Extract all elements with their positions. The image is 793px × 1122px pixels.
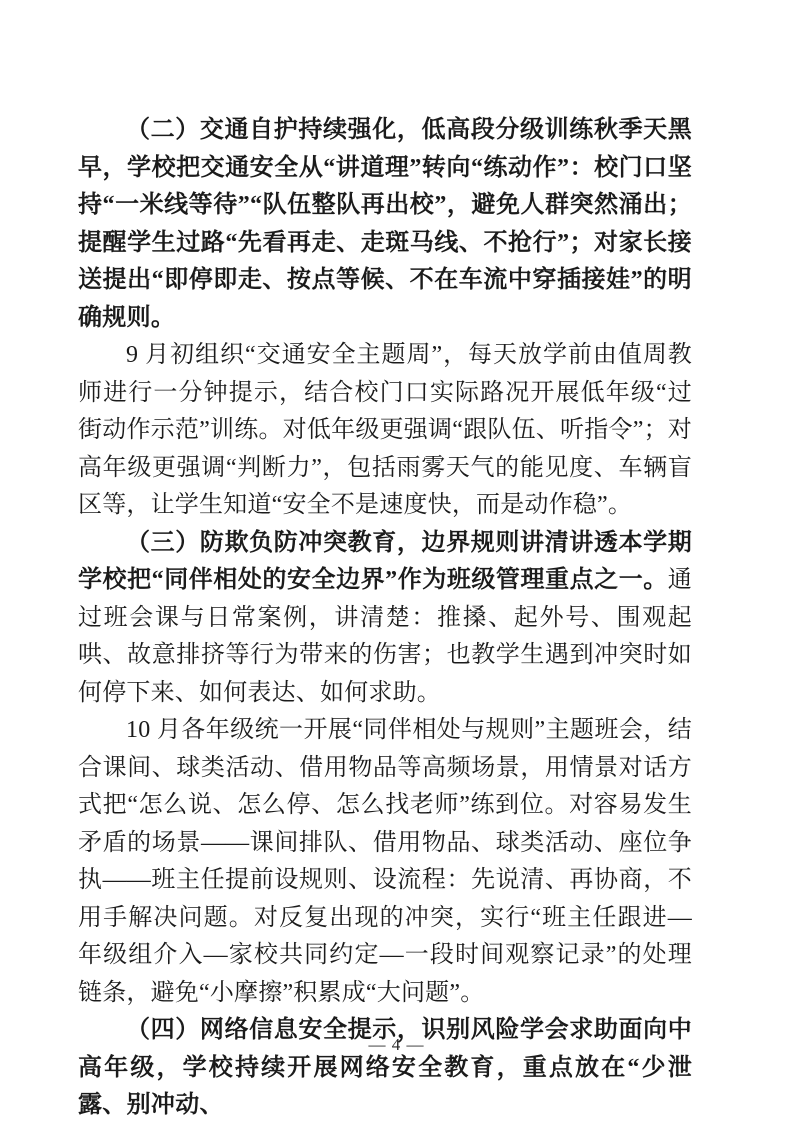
text-segment-kaiti: （三）防欺负防冲突教育，边界规则讲清讲透本学期学校把“同伴相处的安全边界”作为班… [78,530,692,594]
paragraph-september-theme-week: 9 月初组织“交通安全主题周”，每天放学前由值周教师进行一分钟提示，结合校门口实… [78,337,692,525]
text-segment-fangsong: 10 月各年级统一开展“同伴相处与规则”主题班会，结合课间、球类活动、借用物品等… [78,717,692,1006]
text-segment-kaiti: （二）交通自护持续强化，低高段分级训练秋季天黑早，学校把交通安全从“讲道理”转向… [78,117,692,331]
document-page: （二）交通自护持续强化，低高段分级训练秋季天黑早，学校把交通安全从“讲道理”转向… [0,0,793,1122]
text-segment-kaiti: （四）网络信息安全提示，识别风险学会求助面向中高年级，学校持续开展网络安全教育，… [78,1017,692,1118]
paragraph-section-3-anti-bullying: （三）防欺负防冲突教育，边界规则讲清讲透本学期学校把“同伴相处的安全边界”作为班… [78,525,692,713]
document-body: （二）交通自护持续强化，低高段分级训练秋季天黑早，学校把交通安全从“讲道理”转向… [78,112,692,1122]
paragraph-section-4-internet-safety: （四）网络信息安全提示，识别风险学会求助面向中高年级，学校持续开展网络安全教育，… [78,1012,692,1122]
paragraph-october-class-meeting: 10 月各年级统一开展“同伴相处与规则”主题班会，结合课间、球类活动、借用物品等… [78,712,692,1012]
page-number: — 4 — [0,1034,793,1056]
paragraph-section-2-traffic: （二）交通自护持续强化，低高段分级训练秋季天黑早，学校把交通安全从“讲道理”转向… [78,112,692,337]
text-segment-fangsong: 9 月初组织“交通安全主题周”，每天放学前由值周教师进行一分钟提示，结合校门口实… [78,342,692,518]
